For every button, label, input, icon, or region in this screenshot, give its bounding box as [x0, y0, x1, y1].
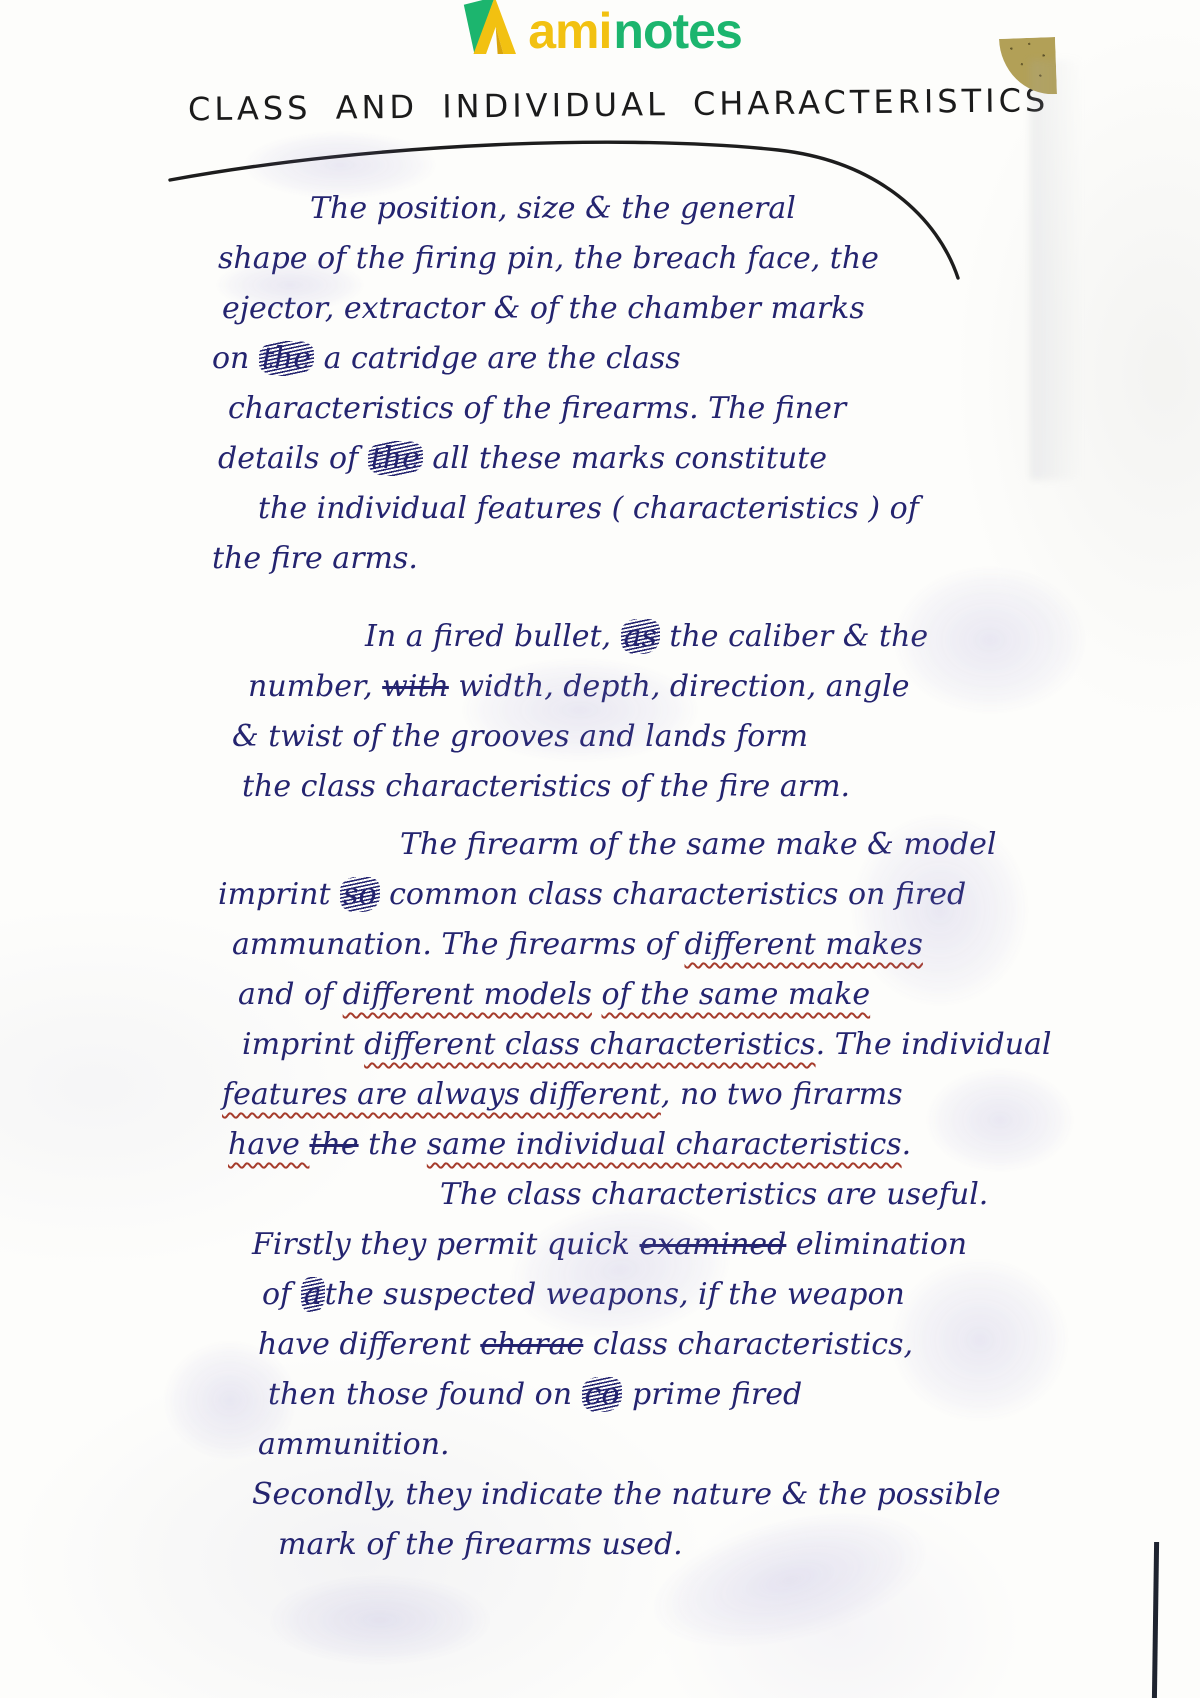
text-segment: mark of the firearms used. [278, 1527, 683, 1562]
text-segment: shape of the firing pin, the breach face… [218, 241, 879, 276]
handwritten-line: have the the same individual characteris… [228, 1120, 1010, 1170]
text-segment: Secondly, they indicate the nature & the… [252, 1477, 1001, 1512]
handwritten-line: the fire arms. [212, 534, 1010, 584]
text-segment: the caliber & the [660, 619, 928, 654]
text-segment: common class characteristics on fired [380, 877, 967, 912]
text-segment: a catridge are the class [314, 341, 681, 376]
text-segment: the [359, 1127, 427, 1162]
text-segment: of [262, 1277, 301, 1312]
page-edge-line [1152, 1542, 1159, 1698]
red-underlined-phrase: same individual characteristics [427, 1127, 902, 1162]
logo-text-ami: ami [528, 2, 611, 60]
handwritten-paragraph: In a fired bullet, as the caliber & then… [200, 612, 1010, 812]
handwritten-line: & twist of the grooves and lands form [232, 712, 1010, 762]
text-segment: and of [238, 977, 343, 1012]
text-segment: details of [218, 441, 368, 476]
handwritten-line: and of different models of the same make [238, 970, 1010, 1020]
handwritten-line: Firstly they permit quick examined elimi… [252, 1220, 1010, 1270]
text-segment: width, depth, direction, angle [449, 669, 910, 704]
text-segment: then those found on [268, 1377, 582, 1412]
crossed-out-word: a [301, 1277, 325, 1312]
handwritten-line: The firearm of the same make & model [400, 820, 1010, 870]
text-segment: the individual features ( characteristic… [258, 491, 919, 526]
handwritten-paragraph: The firearm of the same make & modelimpr… [200, 820, 1010, 1170]
text-segment: ammunation. The firearms of [232, 927, 684, 962]
mountain-triangle-logo-icon [458, 0, 516, 60]
handwritten-line: details of the all these marks constitut… [218, 434, 1010, 484]
text-segment: characteristics of the firearms. The fin… [228, 391, 846, 426]
handwritten-line: number, with width, depth, direction, an… [248, 662, 1010, 712]
handwritten-line: ammunition. [258, 1420, 1010, 1470]
text-segment: the suspected weapons, if the weapon [325, 1277, 905, 1312]
handwritten-line: features are always different, no two fi… [222, 1070, 1010, 1120]
handwritten-text: The position, size & the generalshape of… [200, 184, 1010, 1570]
text-segment: have different [258, 1327, 480, 1362]
handwritten-line: imprint different class characteristics.… [242, 1020, 1010, 1070]
crossed-out-word: examined [639, 1227, 786, 1262]
handwritten-line: imprint so common class characteristics … [218, 870, 1010, 920]
text-segment: ejector, extractor & of the chamber mark… [222, 291, 865, 326]
handwritten-line: of athe suspected weapons, if the weapon [262, 1270, 1010, 1320]
handwritten-line: ammunation. The firearms of different ma… [232, 920, 1010, 970]
text-segment: the class characteristics of the fire ar… [242, 769, 850, 804]
handwritten-line: have different charac class characterist… [258, 1320, 1010, 1370]
handwritten-line: The class characteristics are useful. [440, 1170, 1010, 1220]
handwritten-line: then those found on co prime fired [268, 1370, 1010, 1420]
text-segment: The position, size & the general [310, 191, 796, 226]
handwritten-line: the class characteristics of the fire ar… [242, 762, 1010, 812]
text-segment: prime fired [622, 1377, 802, 1412]
handwritten-line: the individual features ( characteristic… [258, 484, 1010, 534]
text-segment: Firstly they permit quick [252, 1227, 639, 1262]
page-title: CLASS AND INDIVIDUAL CHARACTERISTICS [188, 82, 988, 128]
text-segment: . [902, 1127, 912, 1162]
text-segment: number, [248, 669, 382, 704]
handwritten-line: on the a catridge are the class [212, 334, 1010, 384]
text-segment: all these marks constitute [423, 441, 827, 476]
text-segment: class characteristics, [583, 1327, 913, 1362]
red-underlined-phrase: different class characteristics [364, 1027, 815, 1062]
red-underlined-phrase: of the same make [601, 977, 870, 1012]
crossed-out-word: co [582, 1377, 623, 1412]
handwritten-line: The position, size & the general [310, 184, 1010, 234]
handwritten-line: shape of the firing pin, the breach face… [218, 234, 1010, 284]
handwritten-line: mark of the firearms used. [278, 1520, 1010, 1570]
handwritten-line: characteristics of the firearms. The fin… [228, 384, 1010, 434]
red-underlined-phrase: have [228, 1127, 309, 1162]
title-block: CLASS AND INDIVIDUAL CHARACTERISTICS [188, 82, 988, 128]
text-segment: imprint [242, 1027, 364, 1062]
text-segment: elimination [786, 1227, 967, 1262]
text-segment: on [212, 341, 259, 376]
handwritten-line: ejector, extractor & of the chamber mark… [222, 284, 1010, 334]
text-segment: imprint [218, 877, 340, 912]
red-underlined-phrase: features are always different [222, 1077, 661, 1112]
page-edge-shadow [1030, 60, 1100, 480]
text-segment: ammunition. [258, 1427, 450, 1462]
logo-text-notes: notes [613, 2, 741, 60]
text-segment: , no two firarms [661, 1077, 903, 1112]
handwritten-line: Secondly, they indicate the nature & the… [252, 1470, 1010, 1520]
crossed-out-word: the [309, 1127, 358, 1162]
crossed-out-word: as [621, 619, 660, 654]
text-segment: In a fired bullet, [365, 619, 621, 654]
text-segment: The class characteristics are useful. [440, 1177, 988, 1212]
crossed-out-word: with [382, 669, 449, 704]
bleed-through-smudge [230, 1560, 530, 1680]
crossed-out-word: charac [480, 1327, 583, 1362]
red-underlined-phrase: different models [343, 977, 592, 1012]
text-segment: the fire arms. [212, 541, 418, 576]
scanned-notes-page: aminotes CLASS AND INDIVIDUAL CHARACTERI… [0, 0, 1200, 1698]
text-segment: & twist of the grooves and lands form [232, 719, 808, 754]
red-underlined-phrase: different makes [684, 927, 922, 962]
text-segment: The firearm of the same make & model [400, 827, 996, 862]
crossed-out-word: so [340, 877, 379, 912]
handwritten-paragraph: The position, size & the generalshape of… [200, 184, 1010, 584]
handwritten-line: In a fired bullet, as the caliber & the [365, 612, 1010, 662]
handwritten-paragraph: The class characteristics are useful.Fir… [200, 1170, 1010, 1570]
crossed-out-word: the [368, 441, 423, 476]
crossed-out-word: the [259, 341, 314, 376]
text-segment: . The individual [816, 1027, 1052, 1062]
